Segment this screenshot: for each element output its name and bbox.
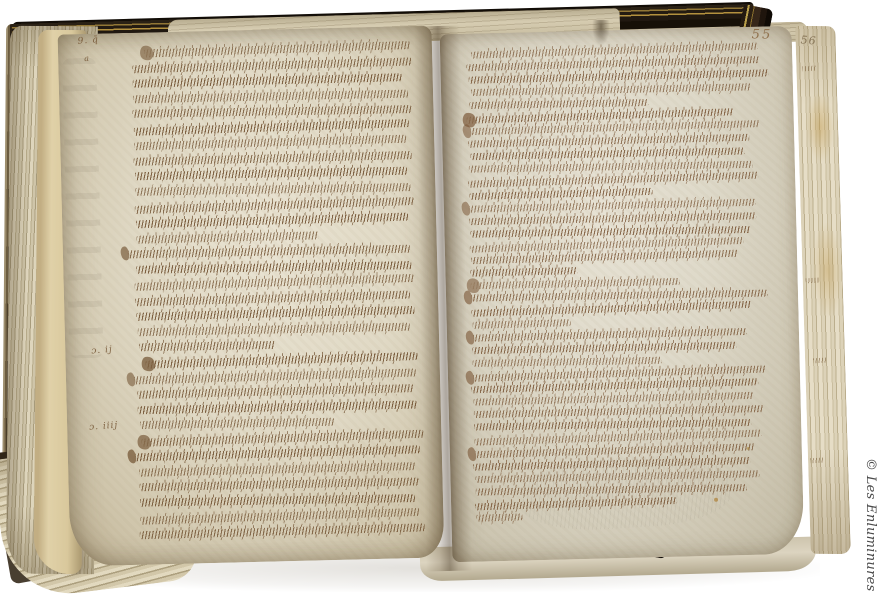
fore-edge-pages-right: 56 — [795, 26, 851, 554]
right-page-recto: 55 — [440, 26, 805, 562]
manuscript-text-line — [472, 341, 736, 353]
manuscript-text-line — [139, 494, 414, 507]
marginal-annotation: 9. q̃ — [77, 35, 99, 47]
fore-edge-ink-mark — [802, 66, 816, 72]
initial-letter-flourish — [138, 44, 154, 62]
manuscript-text-line — [471, 250, 738, 265]
manuscript-text-line — [136, 306, 415, 321]
manuscript-text-line — [473, 328, 747, 342]
fore-edge-stain — [805, 92, 835, 162]
watermark: © Les Enluminures — [862, 458, 878, 600]
manuscript-text-line — [133, 89, 408, 103]
manuscript-text-line — [475, 484, 746, 496]
marginal-annotation: a — [84, 54, 90, 63]
manuscript-text-line — [140, 341, 276, 351]
manuscript-text-line — [135, 183, 410, 196]
manuscript-text-line — [475, 496, 677, 509]
initial-letter-flourish — [120, 246, 131, 261]
initial-letter-flourish — [127, 449, 138, 464]
folio-number-next: 56 — [800, 33, 817, 47]
fore-edge-ink-mark — [805, 278, 819, 284]
manuscript-text-line — [476, 514, 522, 522]
manuscript-text-line — [470, 267, 578, 277]
left-page-verso: 9. q̃ a ɔ. ij ɔ. iiij — [58, 26, 445, 567]
manuscript-text-line — [133, 73, 402, 88]
folio-number: 55 — [752, 27, 773, 42]
manuscript-text-line — [137, 384, 413, 399]
marginal-annotation: ɔ. iiij — [89, 421, 119, 433]
manuscript-text-line — [140, 478, 419, 492]
marginal-annotation: ɔ. ij — [91, 345, 113, 357]
manuscript-text-line — [140, 418, 334, 429]
manuscript-text-line — [135, 167, 407, 181]
show-through-text-ghost — [62, 58, 103, 359]
fore-edge-ink-mark — [810, 457, 824, 463]
manuscript-text-line — [128, 245, 410, 259]
initial-letter-flourish — [464, 370, 475, 386]
manuscript-text-line — [471, 290, 768, 302]
initial-letter-flourish — [460, 201, 471, 216]
manuscript-text-line — [137, 231, 319, 243]
manuscript-text-line — [473, 319, 571, 329]
manuscript-text-line — [138, 400, 417, 414]
initial-letter-flourish — [136, 433, 152, 451]
initial-letter-flourish — [466, 446, 477, 461]
manuscript-text-line — [138, 323, 410, 337]
fore-edge-stain — [811, 222, 844, 318]
initial-letter-flourish — [140, 355, 156, 373]
initial-letter-flourish — [465, 330, 476, 345]
fore-edge-ink-mark — [813, 358, 827, 364]
manuscript-text-line — [474, 405, 764, 418]
manuscript-photo: 56 9. q̃ a ɔ. ij ɔ. iiij 55 © Les Enlumi… — [0, 0, 886, 600]
manuscript-text-line — [132, 105, 411, 118]
initial-letter-flourish — [125, 371, 136, 386]
manuscript-text-line — [472, 356, 661, 366]
gutter-top-notch — [592, 20, 610, 46]
manuscript-text-line — [471, 83, 751, 96]
manuscript-text-line — [469, 99, 648, 109]
manuscript-text-line — [475, 470, 759, 483]
rust-spot — [714, 498, 718, 502]
